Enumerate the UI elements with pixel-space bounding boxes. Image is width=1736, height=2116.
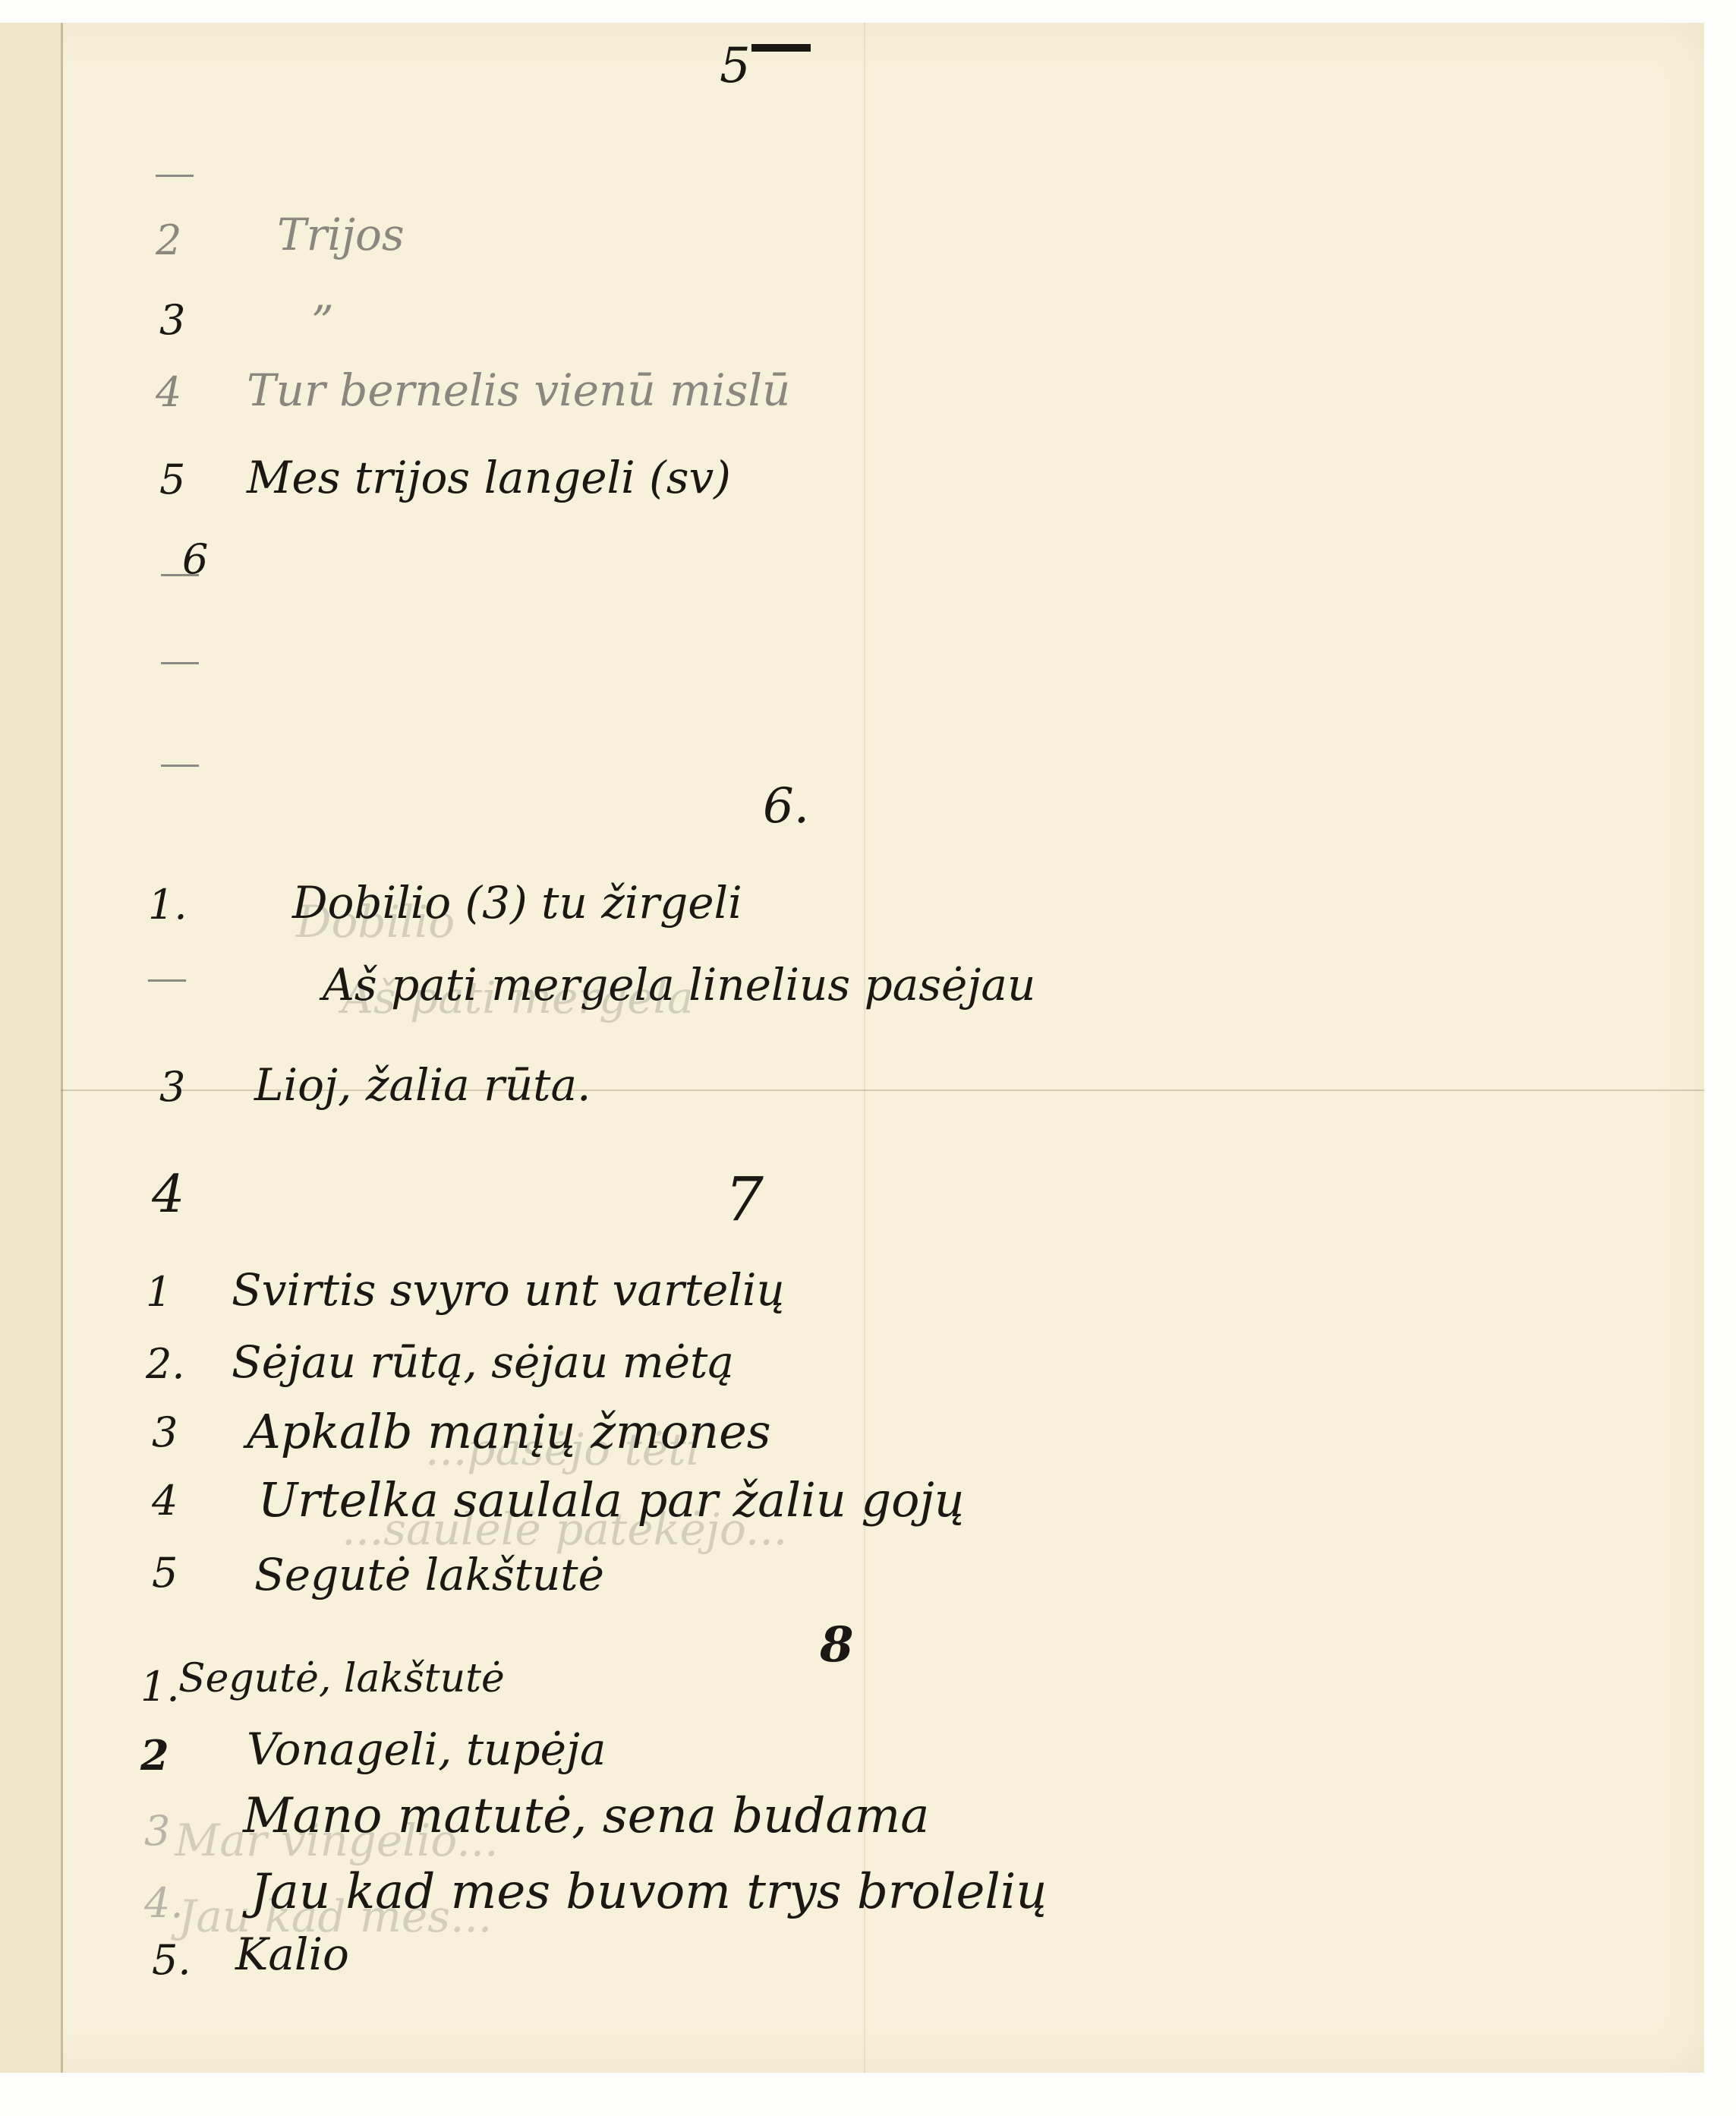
section7-line2-text: Sėjau rūtą, sėjau mėtą <box>232 1340 734 1384</box>
paper-edge-notch <box>1727 1090 1736 2050</box>
section6-line1-number: 1. <box>148 885 187 926</box>
section5-line8-dash <box>161 765 199 767</box>
section8-line5-number: 5. <box>152 1940 191 1981</box>
section8-line2-text: Vonageli, tupėja <box>247 1727 606 1771</box>
section6-line3-text: Lioj, žalia rūta. <box>254 1063 591 1107</box>
section7-line3-number: 3 <box>152 1412 178 1453</box>
heading-5-overbar <box>751 44 811 52</box>
section-heading-8: 8 <box>820 1621 854 1670</box>
section6-line2-text: Aš pati mergela linelius pasėjau <box>323 963 1035 1007</box>
section8-line5-text: Kalio <box>235 1932 349 1976</box>
section5-line7-dash <box>161 662 199 664</box>
section7-line5-number: 5 <box>152 1553 178 1594</box>
section5-line5-text: Mes trijos langeli (sv) <box>247 456 731 500</box>
section8-line3-number: 3 <box>144 1811 170 1852</box>
section7-line4-text: Urtelka saulala par žaliu gojų <box>258 1477 965 1524</box>
section5-line4-text: Tur bernelis vienū mislū <box>247 368 790 412</box>
section5-line6-strike <box>161 574 199 576</box>
section5-line3-number: 3 <box>159 300 185 341</box>
section7-line3-text: Apkalb manįų žmones <box>247 1408 771 1455</box>
section5-line4-number: 4 <box>156 372 181 413</box>
section8-line1-number: 1. <box>140 1667 180 1708</box>
section6-line3-number: 3 <box>159 1067 185 1108</box>
section7-line2-number: 2. <box>146 1344 185 1385</box>
section5-line3-text: ” <box>311 300 334 344</box>
section5-line1-dash <box>156 175 194 177</box>
section8-line4-number: 4. <box>144 1883 184 1924</box>
section8-line2-number: 2 <box>140 1735 169 1776</box>
vertical-fold-line <box>864 23 865 2073</box>
section5-line2-text: Trijos <box>277 213 405 257</box>
section5-line5-number: 5 <box>159 459 185 500</box>
section7-line4-number: 4 <box>152 1481 178 1522</box>
section-heading-7: 7 <box>725 1169 764 1230</box>
section8-line1-text: Segutė, lakštutė <box>178 1659 505 1698</box>
section6-line2-dash <box>148 979 186 982</box>
folded-left-margin <box>0 23 63 2073</box>
section7-line5-text: Segutė lakštutė <box>254 1553 604 1597</box>
section6-line1-text: Dobilio (3) tu žirgeli <box>292 881 742 925</box>
section8-line3-text: Mano matutė, sena budama <box>243 1792 929 1840</box>
section-heading-6: 6. <box>763 782 809 831</box>
section-heading-5: 5 <box>720 42 751 90</box>
section6-line4-number-crossed: 4 <box>152 1169 184 1221</box>
section5-line2-number: 2 <box>156 220 181 261</box>
section7-line1-number: 1 <box>146 1272 172 1313</box>
section7-line1-text: Svirtis svyro unt vartelių <box>232 1268 785 1312</box>
section8-line4-text: Jau kad mes buvom trys brolelių <box>250 1868 1048 1916</box>
